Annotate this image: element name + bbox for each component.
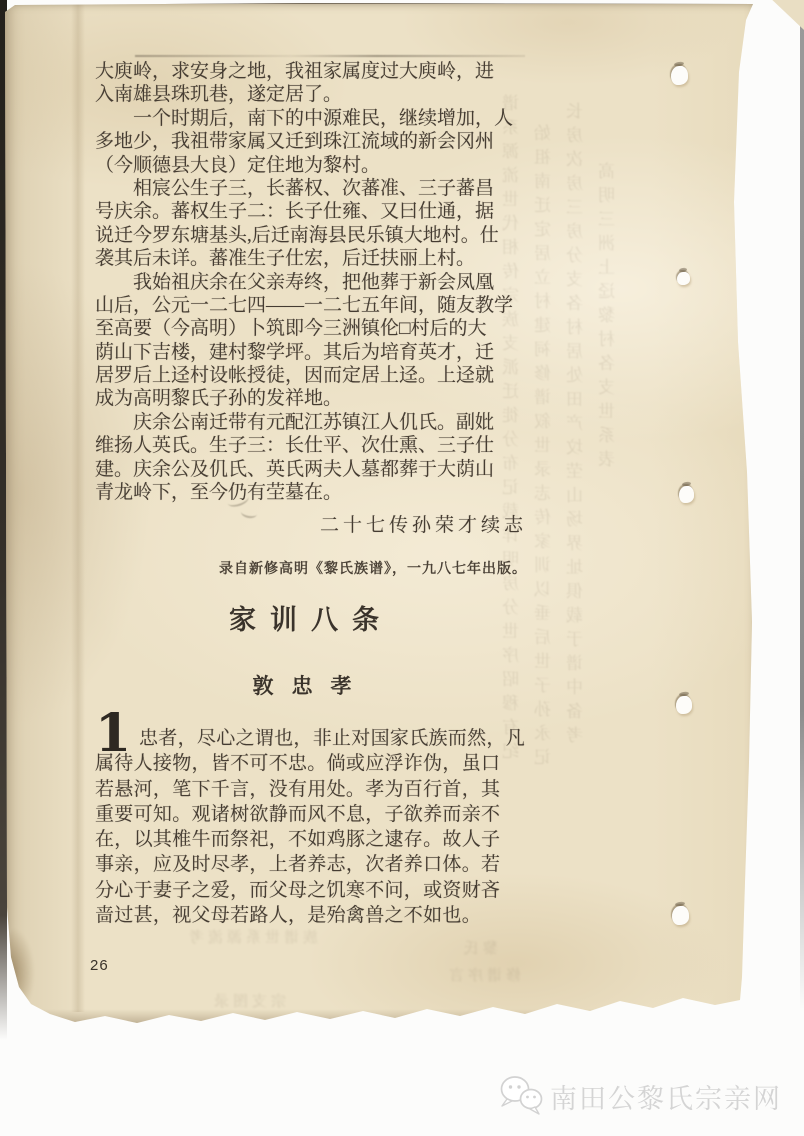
body-text: 大庾岭，求安身之地，我祖家属度过大庾岭，进 入南雄县珠玑巷，遂定居了。 一个时期… <box>95 60 533 504</box>
item-text-line: 忠者，尽心之谓也，非止对国家氏族而然，凡 <box>95 726 533 751</box>
binding-hole <box>679 486 694 503</box>
attribution-line: 二十七传孙荣才续志 <box>95 510 527 537</box>
binding-hole <box>676 696 692 714</box>
body-text-line: 说迁今罗东塘基头,后迁南海县民乐镇大地村。仕 <box>95 224 533 247</box>
body-text-line: 多地少，我祖带家属又迁到珠江流域的新会冈州 <box>95 130 533 153</box>
watermark-text: 南田公黎氏宗亲网 <box>550 1077 782 1116</box>
body-text-line: 入南雄县珠玑巷，遂定居了。 <box>95 83 533 106</box>
body-text-line: 至高要（今高明）卜筑即今三洲镇伦□村后的大 <box>95 317 533 340</box>
body-text-line: 山后，公元一二七四——一二七五年间，随友教学 <box>95 294 533 317</box>
bleedthrough-text: 修谱序言 <box>445 964 521 985</box>
paper-sheet: 谱系源流世代相传宗族支派迁徙分布记载详明房分世序昭穆有纪 始祖南迁定居立村建祠修… <box>5 2 756 1025</box>
body-text-line: （今顺德县大良）定住地为黎村。 <box>95 154 533 177</box>
item-text-line: 分心于妻子之爱，而父母之饥寒不问，或资财吝 <box>95 878 533 903</box>
body-text-line: 我始祖庆余在父亲寿终，把他葬于新会凤凰 <box>95 271 533 294</box>
body-text-line: 大庾岭，求安身之地，我祖家属度过大庾岭，进 <box>95 60 533 83</box>
body-text-line: 庆余公南迁带有元配江苏镇江人仉氏。副妣 <box>95 411 533 434</box>
body-text-line: 维扬人英氏。生子三：长仕平、次仕熏、三子仕 <box>95 434 533 457</box>
body-text-line: 袭其后未详。蕃准生子仕宏，后迁扶丽上村。 <box>95 247 533 270</box>
section-heading: 敦忠孝 <box>95 670 527 700</box>
bleedthrough-text: 族谱世系源流考 <box>185 926 318 947</box>
item-text-line: 属待人接物，皆不可不忠。倘或应浮诈伪，虽口 <box>95 751 533 776</box>
body-text-line: 号庆余。蕃权生子二：长子仕雍、又曰仕通，据 <box>95 200 533 223</box>
bleedthrough-text: 高明三洲上迳黎村各支世系表 <box>596 162 621 722</box>
scan-right-edge <box>800 0 804 1012</box>
paper-top-edge <box>7 2 747 4</box>
item-text: 忠者，尽心之谓也，非止对国家氏族而然，凡 属待人接物，皆不可不忠。倘或应浮诈伪，… <box>95 726 533 928</box>
body-text-line: 居罗后上迳村设帐授徒，因而定居上迳。上迳就 <box>95 364 533 387</box>
binding-hole <box>672 906 689 925</box>
source-note: 录自新修高明《黎氏族谱》，一九八七年出版。 <box>95 558 527 578</box>
scanned-document-page: 谱系源流世代相传宗族支派迁徙分布记载详明房分世序昭穆有纪 始祖南迁定居立村建祠修… <box>0 0 804 1136</box>
chapter-title: 家训八条 <box>95 598 527 637</box>
body-text-line: 成为高明黎氏子孙的发祥地。 <box>95 387 533 410</box>
smudge-mark <box>135 55 525 57</box>
bleedthrough-text: 黎氏 <box>460 937 498 958</box>
bleedthrough-text: 始祖南迁定居立村建祠修谱叙世录志传家训以垂后世子孙永记 <box>532 124 557 924</box>
page-number: 26 <box>90 957 109 974</box>
item-text-line: 事亲，应及时尽孝，上者养志，次者养口体。若 <box>95 852 533 877</box>
wechat-icon <box>498 1074 546 1118</box>
body-text-line: 建。庆余公及仉氏、英氏两夫人墓都葬于大荫山 <box>95 458 533 481</box>
bleedthrough-text: 长房次房三房分支各村居处田产坟茔山场界址俱载于谱中备考 <box>564 102 589 932</box>
item-text-line: 在，以其椎牛而祭祀，不如鸡豚之逮存。故人子 <box>95 827 533 852</box>
fold-shadow <box>71 2 85 1012</box>
body-text-line: 一个时期后，南下的中源难民，继续增加，人 <box>95 107 533 130</box>
item-text-line: 若悬河，笔下千言，没有用处。孝为百行首，其 <box>95 777 533 802</box>
bleedthrough-text: 宗支图录 <box>210 990 286 1011</box>
adjacent-page-corner <box>768 0 804 30</box>
binding-hole <box>677 272 690 285</box>
body-text-line: 相宸公生子三，长蕃权、次蕃准、三子蕃昌 <box>95 177 533 200</box>
binding-hole <box>671 66 688 85</box>
body-text-line: 青龙岭下，至今仍有茔墓在。 <box>95 481 533 504</box>
item-text-line: 啬过甚，视父母若路人，是殆禽兽之不如也。 <box>95 903 533 928</box>
body-text-line: 荫山下吉楼，建村黎学坪。其后为培育英才，迁 <box>95 341 533 364</box>
item-text-line: 重要可知。观诸树欲静而风不息，子欲养而亲不 <box>95 802 533 827</box>
watermark: 南田公黎氏宗亲网 <box>498 1074 782 1118</box>
